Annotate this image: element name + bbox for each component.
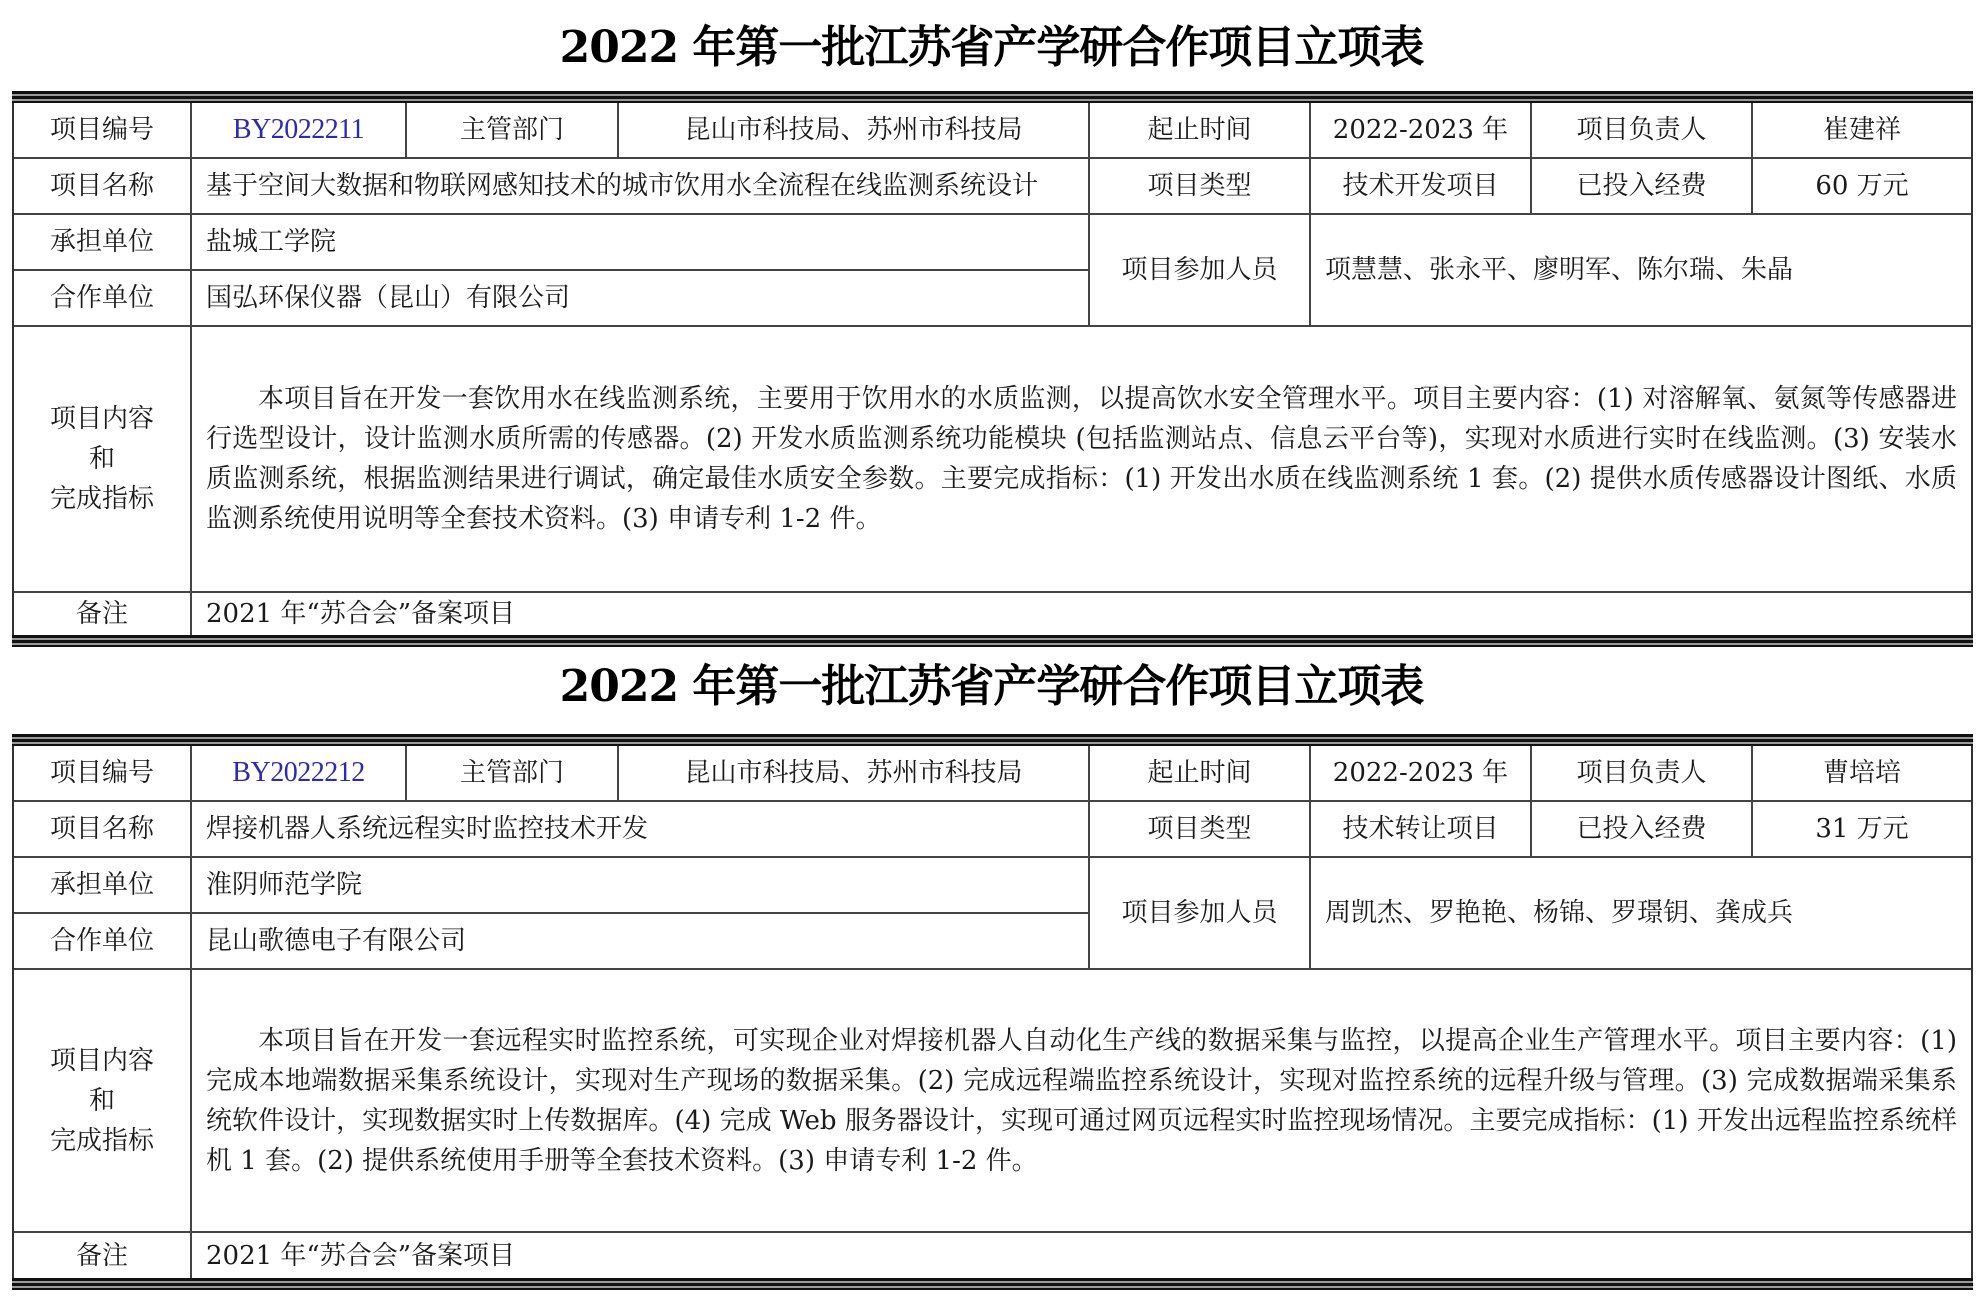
label-project-type: 项目类型 [1090, 802, 1311, 858]
partner-value: 昆山歌德电子有限公司 [192, 914, 1090, 970]
content-paragraph: 本项目旨在开发一套饮用水在线监测系统，主要用于饮用水的水质监测，以提高饮水安全管… [206, 379, 1957, 539]
label-period: 起止时间 [1090, 746, 1311, 802]
label-content: 项目内容 和 完成指标 [14, 327, 192, 593]
period-value: 2022-2023 年 [1311, 103, 1532, 159]
leader-value: 曹培培 [1753, 746, 1971, 802]
funding-value: 60 万元 [1753, 159, 1971, 215]
label-content-line3: 完成指标 [50, 479, 154, 519]
footer-double-rule [12, 635, 1973, 647]
label-content-line2: 和 [89, 439, 115, 479]
project-type-value: 技术开发项目 [1311, 159, 1532, 215]
label-partner: 合作单位 [14, 914, 192, 970]
funding-value: 31 万元 [1753, 802, 1971, 858]
label-period: 起止时间 [1090, 103, 1311, 159]
label-funding: 已投入经费 [1532, 159, 1753, 215]
label-content-line2: 和 [89, 1081, 115, 1121]
label-project-type: 项目类型 [1090, 159, 1311, 215]
leader-value: 崔建祥 [1753, 103, 1971, 159]
content-paragraph: 本项目旨在开发一套远程实时监控系统，可实现企业对焊接机器人自动化生产线的数据采集… [206, 1021, 1957, 1181]
sheet-title: 2022 年第一批江苏省产学研合作项目立项表 [0, 22, 1983, 74]
content-value: 本项目旨在开发一套饮用水在线监测系统，主要用于饮用水的水质监测，以提高饮水安全管… [192, 327, 1971, 593]
participants-value: 周凯杰、罗艳艳、杨锦、罗璟钥、龚成兵 [1311, 858, 1971, 970]
department-value: 昆山市科技局、苏州市科技局 [619, 103, 1090, 159]
label-project-no: 项目编号 [14, 103, 192, 159]
label-project-no: 项目编号 [14, 746, 192, 802]
label-content-line3: 完成指标 [50, 1121, 154, 1161]
label-undertaker: 承担单位 [14, 215, 192, 271]
label-participants: 项目参加人员 [1090, 858, 1311, 970]
header-double-rule [12, 91, 1973, 103]
footer-double-rule [12, 1278, 1973, 1290]
participants-value: 项慧慧、张永平、廖明军、陈尔瑞、朱晶 [1311, 215, 1971, 327]
label-department: 主管部门 [407, 103, 619, 159]
content-value: 本项目旨在开发一套远程实时监控系统，可实现企业对焊接机器人自动化生产线的数据采集… [192, 970, 1971, 1233]
label-content-line1: 项目内容 [50, 1041, 154, 1081]
label-content-line1: 项目内容 [50, 399, 154, 439]
remark-value: 2021 年“苏合会”备案项目 [192, 1233, 1971, 1278]
label-undertaker: 承担单位 [14, 858, 192, 914]
undertaker-value: 淮阴师范学院 [192, 858, 1090, 914]
label-remark: 备注 [14, 1233, 192, 1278]
project-name-value: 焊接机器人系统远程实时监控技术开发 [192, 802, 1090, 858]
label-remark: 备注 [14, 593, 192, 635]
project-name-value: 基于空间大数据和物联网感知技术的城市饮用水全流程在线监测系统设计 [192, 159, 1090, 215]
project-table: 项目编号 BY2022212 主管部门 昆山市科技局、苏州市科技局 起止时间 2… [12, 746, 1973, 1278]
label-content: 项目内容 和 完成指标 [14, 970, 192, 1233]
label-leader: 项目负责人 [1532, 103, 1753, 159]
period-value: 2022-2023 年 [1311, 746, 1532, 802]
sheet-title: 2022 年第一批江苏省产学研合作项目立项表 [0, 661, 1983, 713]
label-funding: 已投入经费 [1532, 802, 1753, 858]
label-department: 主管部门 [407, 746, 619, 802]
label-partner: 合作单位 [14, 271, 192, 327]
partner-value: 国弘环保仪器（昆山）有限公司 [192, 271, 1090, 327]
remark-value: 2021 年“苏合会”备案项目 [192, 593, 1971, 635]
label-project-name: 项目名称 [14, 802, 192, 858]
undertaker-value: 盐城工学院 [192, 215, 1090, 271]
header-double-rule [12, 734, 1973, 746]
department-value: 昆山市科技局、苏州市科技局 [619, 746, 1090, 802]
label-participants: 项目参加人员 [1090, 215, 1311, 327]
project-no-value: BY2022212 [192, 746, 407, 802]
label-project-name: 项目名称 [14, 159, 192, 215]
project-table: 项目编号 BY2022211 主管部门 昆山市科技局、苏州市科技局 起止时间 2… [12, 103, 1973, 635]
label-leader: 项目负责人 [1532, 746, 1753, 802]
project-type-value: 技术转让项目 [1311, 802, 1532, 858]
project-no-value: BY2022211 [192, 103, 407, 159]
